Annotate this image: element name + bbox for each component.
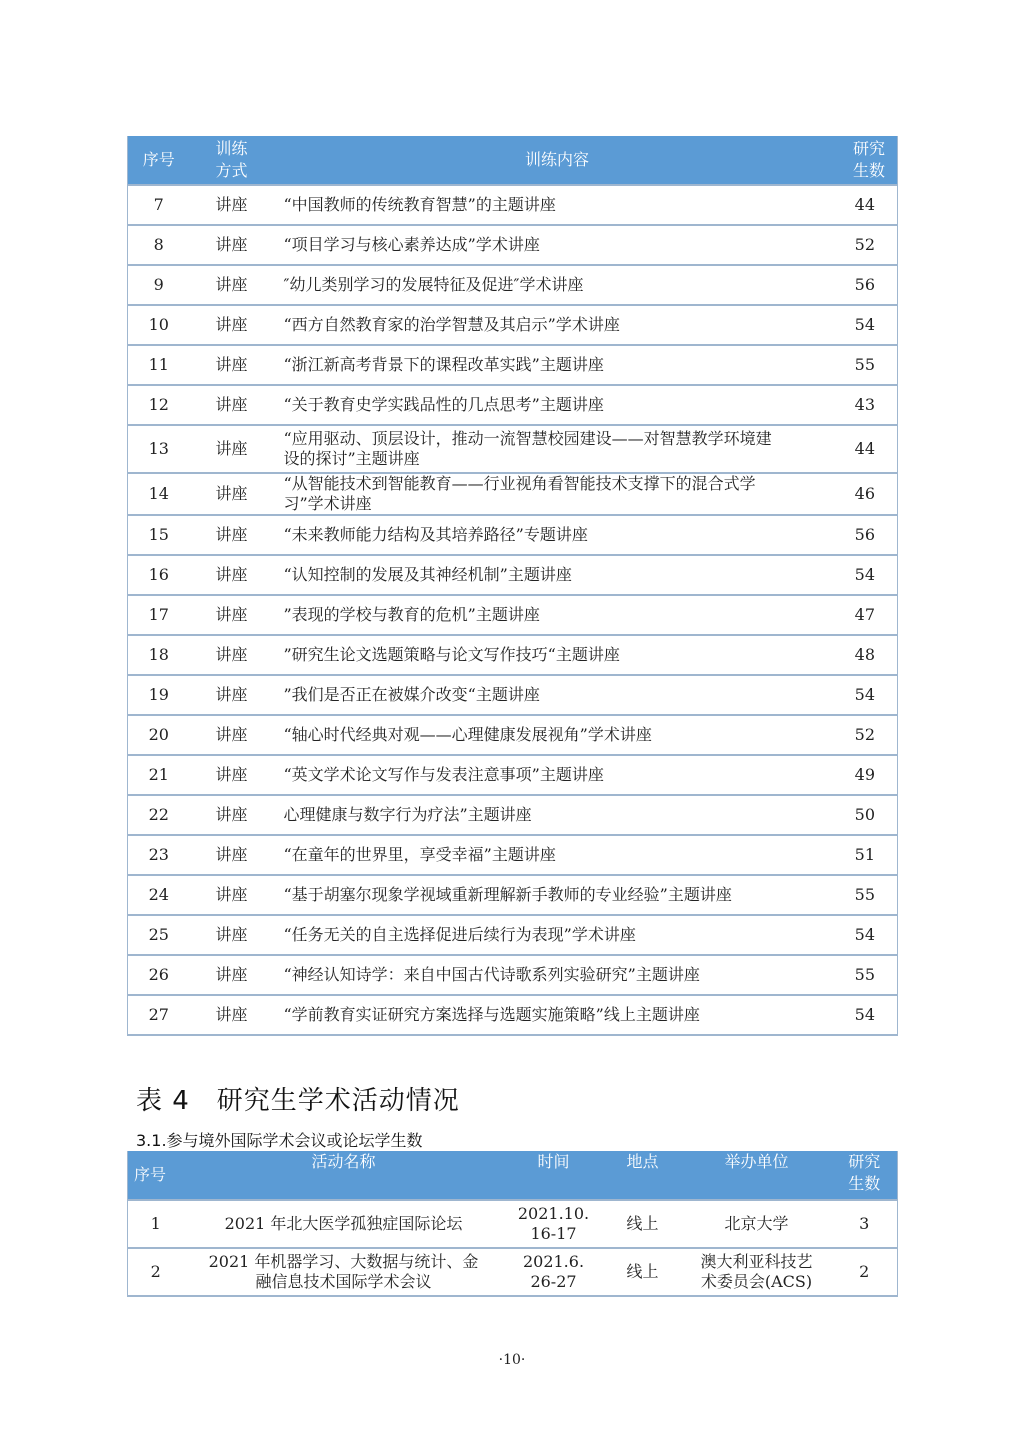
row-count: 44 — [835, 425, 898, 473]
row-content: “在童年的世界里，享受幸福”主题讲座 — [280, 835, 835, 875]
table-row: 23讲座“在童年的世界里，享受幸福”主题讲座51 — [128, 835, 898, 875]
table-row: 11讲座“浙江新高考背景下的课程改革实践”主题讲座55 — [128, 345, 898, 385]
row-num: 18 — [128, 635, 190, 675]
table-row: 15讲座“未来教师能力结构及其培养路径”专题讲座56 — [128, 515, 898, 555]
row-num: 9 — [128, 265, 190, 305]
row-mode: 讲座 — [190, 595, 280, 635]
table-row: 12021 年北大医学孤独症国际论坛2021.10. 16-17线上北京大学3 — [128, 1200, 898, 1248]
row-mode: 讲座 — [190, 835, 280, 875]
row-content: “西方自然教育家的治学智慧及其启示”学术讲座 — [280, 305, 835, 345]
header-content: 训练内容 — [280, 136, 835, 185]
row-content: “未来教师能力结构及其培养路径”专题讲座 — [280, 515, 835, 555]
row-num: 13 — [128, 425, 190, 473]
table-row: 10讲座“西方自然教育家的治学智慧及其启示”学术讲座54 — [128, 305, 898, 345]
row-content: ”表现的学校与教育的危机”主题讲座 — [280, 595, 835, 635]
row-count: 50 — [835, 795, 898, 835]
row-mode: 讲座 — [190, 675, 280, 715]
header-num: 序号 — [128, 136, 190, 185]
header-name: 活动名称 — [184, 1151, 504, 1200]
row-mode: 讲座 — [190, 795, 280, 835]
row-mode: 讲座 — [190, 955, 280, 995]
table-row: 27讲座“学前教育实证研究方案选择与选题实施策略”线上主题讲座54 — [128, 995, 898, 1035]
row-count: 3 — [832, 1200, 898, 1248]
table-row: 17讲座”表现的学校与教育的危机”主题讲座47 — [128, 595, 898, 635]
row-content: “英文学术论文写作与发表注意事项”主题讲座 — [280, 755, 835, 795]
header-place: 地点 — [604, 1151, 682, 1200]
row-mode: 讲座 — [190, 473, 280, 515]
row-count: 52 — [835, 715, 898, 755]
table-header-row: 序号 活动名称 时间 地点 举办单位 研究 生数 — [128, 1151, 898, 1200]
row-count: 54 — [835, 995, 898, 1035]
row-num: 20 — [128, 715, 190, 755]
row-num: 22 — [128, 795, 190, 835]
header-organizer: 举办单位 — [682, 1151, 832, 1200]
row-content: “中国教师的传统教育智慧”的主题讲座 — [280, 185, 835, 225]
row-count: 48 — [835, 635, 898, 675]
row-num: 25 — [128, 915, 190, 955]
table-header-row: 序号 训练 方式 训练内容 研究 生数 — [128, 136, 898, 185]
row-count: 52 — [835, 225, 898, 265]
row-num: 16 — [128, 555, 190, 595]
row-mode: 讲座 — [190, 265, 280, 305]
row-mode: 讲座 — [190, 755, 280, 795]
row-content: “认知控制的发展及其神经机制”主题讲座 — [280, 555, 835, 595]
table-row: 22讲座心理健康与数字行为疗法”主题讲座50 — [128, 795, 898, 835]
row-time: 2021.10. 16-17 — [504, 1200, 604, 1248]
section-title: 表 4 研究生学术活动情况 — [136, 1080, 460, 1117]
row-organizer: 北京大学 — [682, 1200, 832, 1248]
row-content: ”研究生论文选题策略与论文写作技巧“主题讲座 — [280, 635, 835, 675]
conference-table: 序号 活动名称 时间 地点 举办单位 研究 生数 12021 年北大医学孤独症国… — [127, 1151, 898, 1297]
row-mode: 讲座 — [190, 555, 280, 595]
row-num: 1 — [128, 1200, 184, 1248]
row-mode: 讲座 — [190, 995, 280, 1035]
row-num: 24 — [128, 875, 190, 915]
row-name: 2021 年北大医学孤独症国际论坛 — [184, 1200, 504, 1248]
table-row: 21讲座“英文学术论文写作与发表注意事项”主题讲座49 — [128, 755, 898, 795]
row-content: “任务无关的自主选择促进后续行为表现”学术讲座 — [280, 915, 835, 955]
row-count: 54 — [835, 675, 898, 715]
header-count: 研究 生数 — [835, 136, 898, 185]
row-count: 46 — [835, 473, 898, 515]
row-count: 43 — [835, 385, 898, 425]
table-row: 18讲座”研究生论文选题策略与论文写作技巧“主题讲座48 — [128, 635, 898, 675]
row-num: 23 — [128, 835, 190, 875]
row-num: 26 — [128, 955, 190, 995]
row-content: “关于教育史学实践品性的几点思考”主题讲座 — [280, 385, 835, 425]
table-row: 26讲座“神经认知诗学：来自中国古代诗歌系列实验研究”主题讲座55 — [128, 955, 898, 995]
section-subtitle: 3.1.参与境外国际学术会议或论坛学生数 — [136, 1128, 423, 1151]
table-row: 13讲座“应用驱动、顶层设计，推动一流智慧校园建设——对智慧教学环境建设的探讨”… — [128, 425, 898, 473]
table-row: 12讲座“关于教育史学实践品性的几点思考”主题讲座43 — [128, 385, 898, 425]
row-content: “从智能技术到智能教育——行业视角看智能技术支撑下的混合式学习”学术讲座 — [280, 473, 835, 515]
row-place: 线上 — [604, 1248, 682, 1296]
row-num: 8 — [128, 225, 190, 265]
row-count: 54 — [835, 915, 898, 955]
row-count: 55 — [835, 955, 898, 995]
row-content: 心理健康与数字行为疗法”主题讲座 — [280, 795, 835, 835]
row-num: 12 — [128, 385, 190, 425]
row-time: 2021.6. 26-27 — [504, 1248, 604, 1296]
header-time: 时间 — [504, 1151, 604, 1200]
row-content: “轴心时代经典对观——心理健康发展视角”学术讲座 — [280, 715, 835, 755]
page-number: ·10· — [0, 1352, 1024, 1368]
header-count: 研究 生数 — [832, 1151, 898, 1200]
header-mode: 训练 方式 — [190, 136, 280, 185]
row-num: 10 — [128, 305, 190, 345]
row-mode: 讲座 — [190, 185, 280, 225]
row-content: ″幼儿类别学习的发展特征及促进″学术讲座 — [280, 265, 835, 305]
row-mode: 讲座 — [190, 715, 280, 755]
table-row: 19讲座”我们是否正在被媒介改变“主题讲座54 — [128, 675, 898, 715]
row-count: 56 — [835, 265, 898, 305]
row-num: 27 — [128, 995, 190, 1035]
row-content: “学前教育实证研究方案选择与选题实施策略”线上主题讲座 — [280, 995, 835, 1035]
row-mode: 讲座 — [190, 225, 280, 265]
row-mode: 讲座 — [190, 635, 280, 675]
row-mode: 讲座 — [190, 915, 280, 955]
table-row: 20讲座“轴心时代经典对观——心理健康发展视角”学术讲座52 — [128, 715, 898, 755]
row-num: 11 — [128, 345, 190, 385]
row-content: “应用驱动、顶层设计，推动一流智慧校园建设——对智慧教学环境建设的探讨”主题讲座 — [280, 425, 835, 473]
table-row: 16讲座“认知控制的发展及其神经机制”主题讲座54 — [128, 555, 898, 595]
row-count: 55 — [835, 875, 898, 915]
row-mode: 讲座 — [190, 385, 280, 425]
row-content: “项目学习与核心素养达成”学术讲座 — [280, 225, 835, 265]
row-mode: 讲座 — [190, 875, 280, 915]
table-row: 8讲座“项目学习与核心素养达成”学术讲座52 — [128, 225, 898, 265]
table-row: 14讲座“从智能技术到智能教育——行业视角看智能技术支撑下的混合式学习”学术讲座… — [128, 473, 898, 515]
row-num: 14 — [128, 473, 190, 515]
table-row: 7讲座“中国教师的传统教育智慧”的主题讲座44 — [128, 185, 898, 225]
table-row: 9讲座″幼儿类别学习的发展特征及促进″学术讲座56 — [128, 265, 898, 305]
row-count: 49 — [835, 755, 898, 795]
row-num: 2 — [128, 1248, 184, 1296]
row-num: 17 — [128, 595, 190, 635]
row-count: 54 — [835, 305, 898, 345]
row-content: ”我们是否正在被媒介改变“主题讲座 — [280, 675, 835, 715]
row-mode: 讲座 — [190, 305, 280, 345]
row-mode: 讲座 — [190, 345, 280, 385]
row-name: 2021 年机器学习、大数据与统计、金 融信息技术国际学术会议 — [184, 1248, 504, 1296]
row-count: 56 — [835, 515, 898, 555]
row-num: 19 — [128, 675, 190, 715]
header-num: 序号 — [128, 1151, 184, 1200]
row-num: 7 — [128, 185, 190, 225]
row-count: 55 — [835, 345, 898, 385]
row-num: 21 — [128, 755, 190, 795]
row-content: “浙江新高考背景下的课程改革实践”主题讲座 — [280, 345, 835, 385]
row-count: 47 — [835, 595, 898, 635]
row-mode: 讲座 — [190, 515, 280, 555]
table-row: 22021 年机器学习、大数据与统计、金 融信息技术国际学术会议2021.6. … — [128, 1248, 898, 1296]
row-num: 15 — [128, 515, 190, 555]
row-content: “神经认知诗学：来自中国古代诗歌系列实验研究”主题讲座 — [280, 955, 835, 995]
table-row: 24讲座“基于胡塞尔现象学视域重新理解新手教师的专业经验”主题讲座55 — [128, 875, 898, 915]
training-table: 序号 训练 方式 训练内容 研究 生数 7讲座“中国教师的传统教育智慧”的主题讲… — [127, 136, 898, 1036]
row-count: 2 — [832, 1248, 898, 1296]
row-place: 线上 — [604, 1200, 682, 1248]
row-count: 44 — [835, 185, 898, 225]
row-organizer: 澳大利亚科技艺 术委员会(ACS) — [682, 1248, 832, 1296]
row-mode: 讲座 — [190, 425, 280, 473]
table-row: 25讲座“任务无关的自主选择促进后续行为表现”学术讲座54 — [128, 915, 898, 955]
row-content: “基于胡塞尔现象学视域重新理解新手教师的专业经验”主题讲座 — [280, 875, 835, 915]
row-count: 54 — [835, 555, 898, 595]
row-count: 51 — [835, 835, 898, 875]
